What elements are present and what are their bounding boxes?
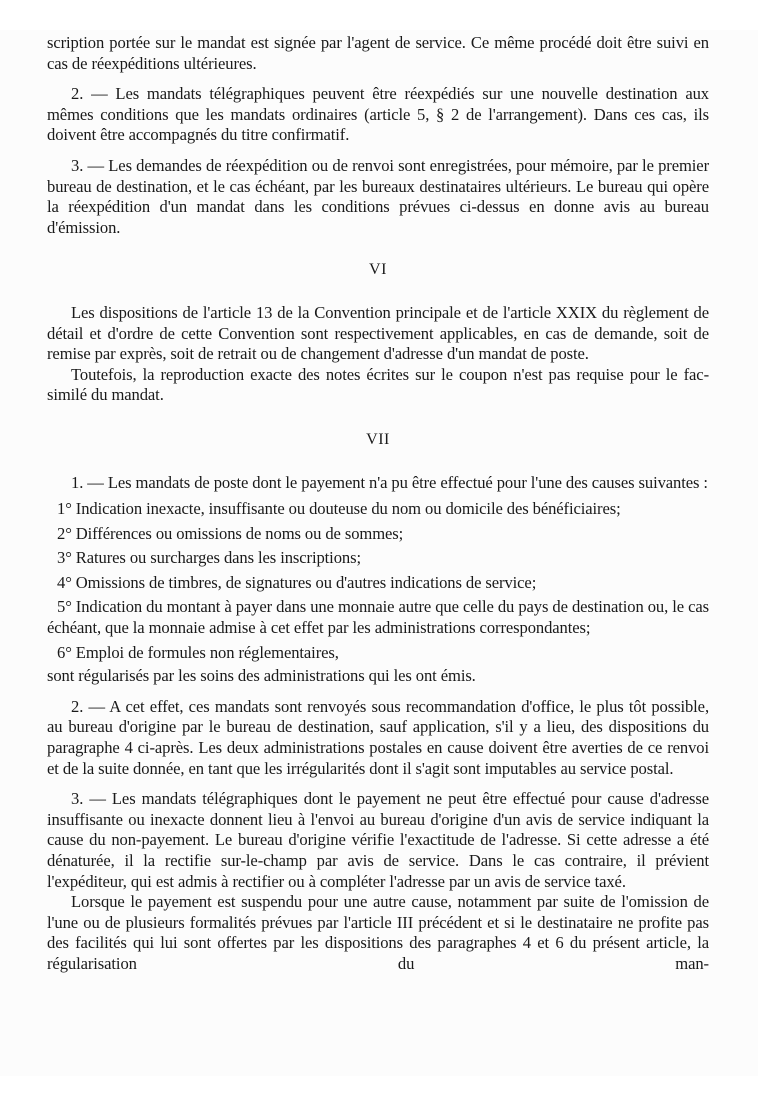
paragraph-v-3: 3. — Les demandes de réexpédition ou de … (47, 156, 709, 238)
cause-item-4: 4° Omissions de timbres, de signatures o… (47, 573, 709, 594)
cause-item-6: 6° Emploi de formules non réglementaires… (47, 643, 709, 664)
continuation-paragraph: scription portée sur le mandat est signé… (47, 33, 709, 74)
paragraph-vii-3: 3. — Les mandats télégraphiques dont le … (47, 789, 709, 892)
section-heading-vii: VII (47, 430, 709, 451)
paragraph-vi-2: Toutefois, la reproduction exacte des no… (47, 365, 709, 406)
document-page: scription portée sur le mandat est signé… (47, 33, 709, 975)
cause-item-1: 1° Indication inexacte, insuffisante ou … (47, 499, 709, 520)
cause-item-3: 3° Ratures ou surcharges dans les inscri… (47, 548, 709, 569)
paragraph-vi-1: Les dispositions de l'article 13 de la C… (47, 303, 709, 365)
cause-item-2: 2° Différences ou omissions de noms ou d… (47, 524, 709, 545)
paragraph-vii-2: 2. — A cet effet, ces mandats sont renvo… (47, 697, 709, 779)
paragraph-v-2: 2. — Les mandats télégraphiques peuvent … (47, 84, 709, 146)
section-heading-vi: VI (47, 260, 709, 281)
paragraph-vii-1-intro: 1. — Les mandats de poste dont le payeme… (47, 473, 709, 494)
paragraph-vii-4: Lorsque le payement est suspendu pour un… (47, 892, 709, 974)
cause-item-5: 5° Indication du montant à payer dans un… (47, 597, 709, 638)
causes-conclusion: sont régularisés par les soins des admin… (47, 666, 709, 687)
